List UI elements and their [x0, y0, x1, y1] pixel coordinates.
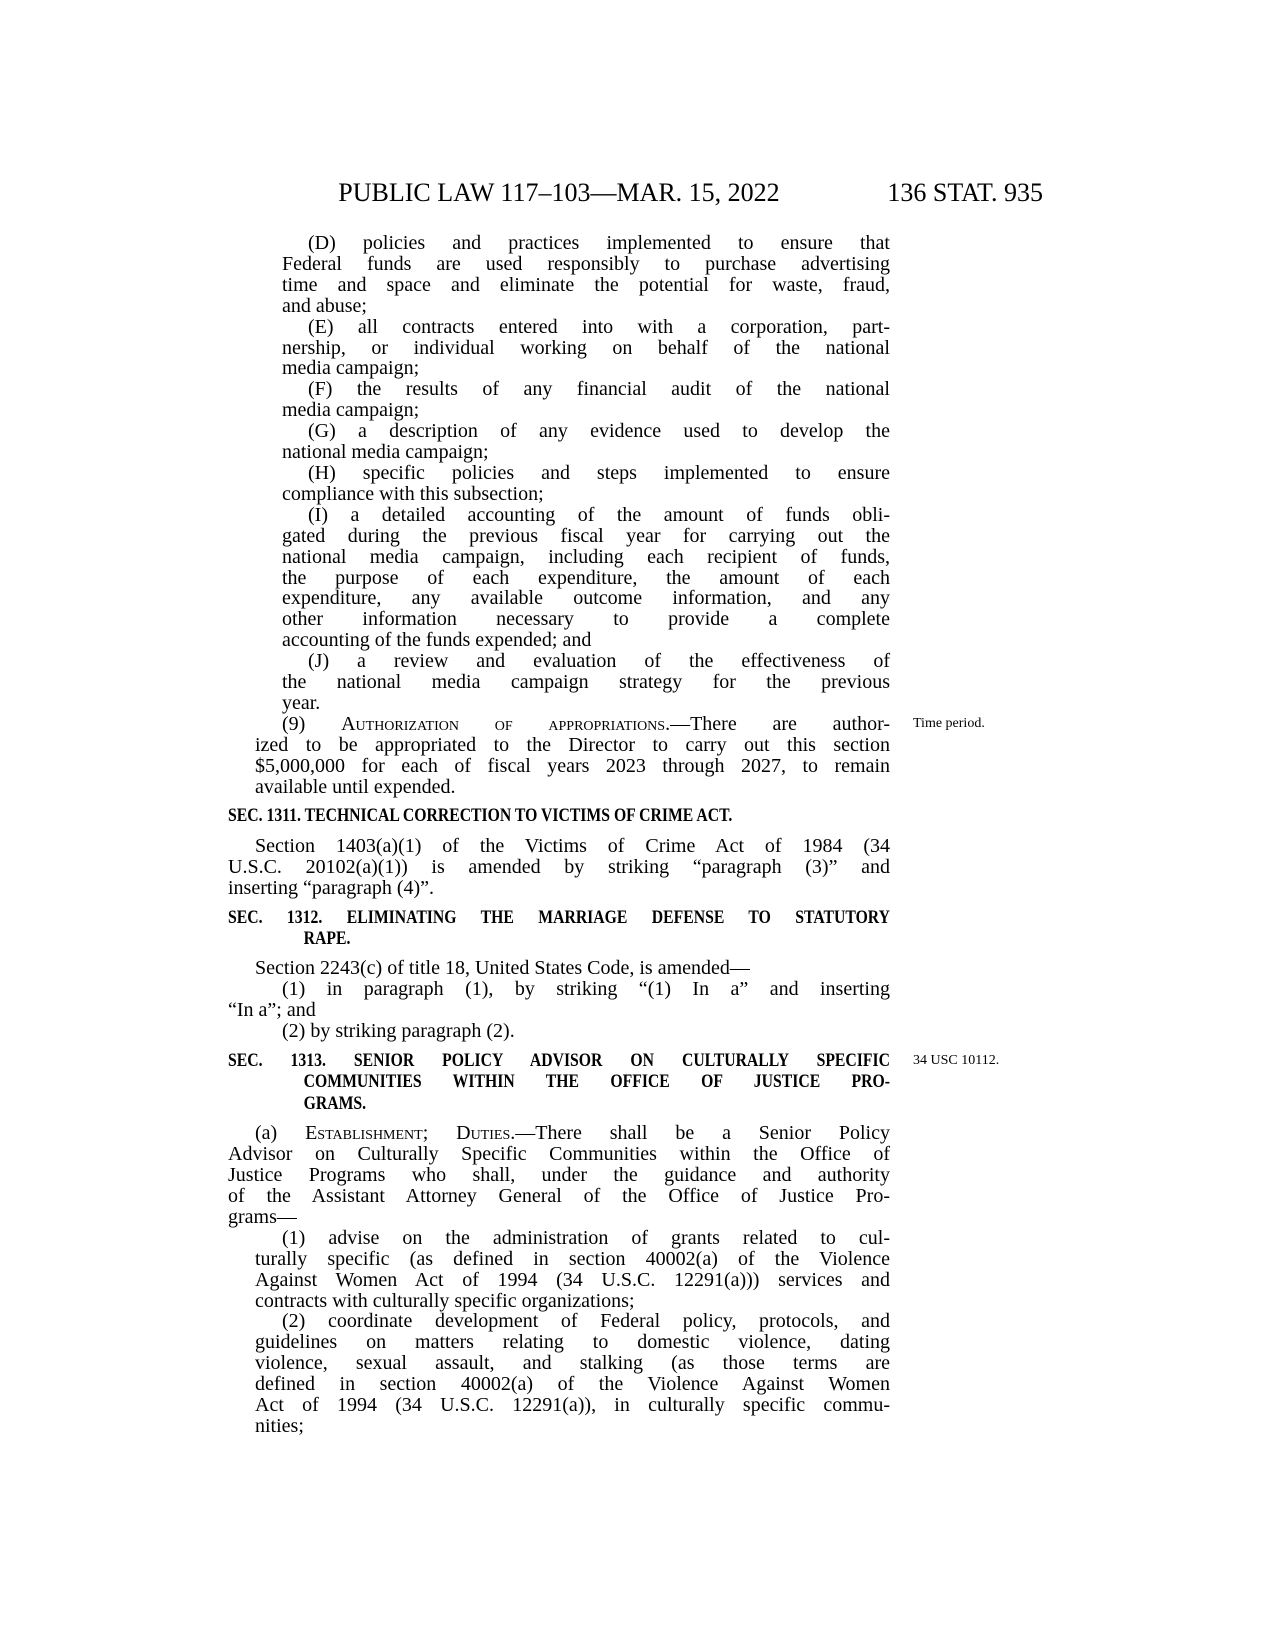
subparagraph-D: (D) policies and practices implemented t…	[282, 233, 890, 317]
text-line: media campaign;	[282, 358, 890, 379]
text-line: expenditure, any available outcome infor…	[282, 588, 890, 609]
text-line: (1) in paragraph (1), by striking “(1) I…	[228, 979, 890, 1000]
text-line: “In a”; and	[228, 1000, 890, 1021]
text-line: Against Women Act of 1994 (34 U.S.C. 122…	[255, 1270, 890, 1291]
subparagraph-J: (J) a review and evaluation of the effec…	[282, 651, 890, 714]
subparagraph-G: (G) a description of any evidence used t…	[282, 421, 890, 463]
sec-1312-paragraph-1: (1) in paragraph (1), by striking “(1) I…	[228, 979, 890, 1021]
stat-page-number: 136 STAT. 935	[887, 178, 1043, 208]
text-line: $5,000,000 for each of fiscal years 2023…	[255, 756, 890, 777]
page-content: PUBLIC LAW 117–103—MAR. 15, 2022 136 STA…	[228, 178, 1043, 1437]
text-line: and abuse;	[282, 296, 890, 317]
text-line: RAPE.	[228, 929, 890, 950]
text-line: grams—	[228, 1207, 890, 1228]
text-line: COMMUNITIES WITHIN THE OFFICE OF JUSTICE…	[228, 1072, 890, 1093]
text-line: (I) a detailed accounting of the amount …	[282, 505, 890, 526]
text-line: Federal funds are used responsibly to pu…	[282, 254, 890, 275]
text-line: contracts with culturally specific organ…	[255, 1291, 890, 1312]
text-line: time and space and eliminate the potenti…	[282, 275, 890, 296]
subparagraph-I: (I) a detailed accounting of the amount …	[282, 505, 890, 651]
text-line: GRAMS.	[228, 1094, 890, 1115]
text-line: U.S.C. 20102(a)(1)) is amended by striki…	[228, 857, 890, 878]
text-line: Section 2243(c) of title 18, United Stat…	[228, 958, 890, 979]
text-line: (1) advise on the administration of gran…	[255, 1228, 890, 1249]
text-line: guidelines on matters relating to domest…	[255, 1332, 890, 1353]
text-line: (F) the results of any financial audit o…	[282, 379, 890, 400]
text-line: ized to be appropriated to the Director …	[255, 735, 890, 756]
subparagraph-H: (H) specific policies and steps implemen…	[282, 463, 890, 505]
margin-note: 34 USC 10112.	[913, 1052, 1063, 1069]
text-line: (D) policies and practices implemented t…	[282, 233, 890, 254]
text-line: turally specific (as defined in section …	[255, 1249, 890, 1270]
text-line: (J) a review and evaluation of the effec…	[282, 651, 890, 672]
document-body: (D) policies and practices implemented t…	[228, 233, 890, 1437]
text-line: the national media campaign strategy for…	[282, 672, 890, 693]
text-line: year.	[282, 693, 890, 714]
sec-1312-heading: SEC. 1312. ELIMINATING THE MARRIAGE DEFE…	[228, 908, 890, 951]
running-head: PUBLIC LAW 117–103—MAR. 15, 2022 136 STA…	[228, 178, 1043, 208]
text-line: national media campaign;	[282, 442, 890, 463]
text-line: Justice Programs who shall, under the gu…	[228, 1165, 890, 1186]
text-line: (a) Establishment; Duties.—There shall b…	[228, 1123, 890, 1144]
text-line: Advisor on Culturally Specific Communiti…	[228, 1144, 890, 1165]
text-line: SEC. 1313. SENIOR POLICY ADVISOR ON CULT…	[228, 1051, 890, 1072]
text-line: defined in section 40002(a) of the Viole…	[255, 1374, 890, 1395]
text-line: (2) by striking paragraph (2).	[228, 1021, 890, 1042]
text-line: national media campaign, including each …	[282, 547, 890, 568]
sec-1313-heading: SEC. 1313. SENIOR POLICY ADVISOR ON CULT…	[228, 1051, 890, 1115]
sec-1312-intro: Section 2243(c) of title 18, United Stat…	[228, 958, 890, 979]
text-line: (9) Authorization of appropriations.—The…	[255, 714, 890, 735]
subparagraph-F: (F) the results of any financial audit o…	[282, 379, 890, 421]
text-line: nership, or individual working on behalf…	[282, 338, 890, 359]
text-line: nities;	[255, 1416, 890, 1437]
text-line: other information necessary to provide a…	[282, 609, 890, 630]
paragraph-9-authorization: (9) Authorization of appropriations.—The…	[255, 714, 890, 798]
sec-1313-paragraph-2: (2) coordinate development of Federal po…	[255, 1311, 890, 1436]
sec-1311-heading: SEC. 1311. TECHNICAL CORRECTION TO VICTI…	[228, 806, 890, 827]
text-line: inserting “paragraph (4)”.	[228, 878, 890, 899]
margin-note: Time period.	[913, 715, 1063, 732]
text-line: compliance with this subsection;	[282, 484, 890, 505]
text-line: the purpose of each expenditure, the amo…	[282, 568, 890, 589]
text-line: Section 1403(a)(1) of the Victims of Cri…	[228, 836, 890, 857]
text-line: violence, sexual assault, and stalking (…	[255, 1353, 890, 1374]
text-line: SEC. 1311. TECHNICAL CORRECTION TO VICTI…	[228, 806, 890, 827]
subparagraph-E: (E) all contracts entered into with a co…	[282, 317, 890, 380]
sec-1313-subsection-a: (a) Establishment; Duties.—There shall b…	[228, 1123, 890, 1228]
text-line: (G) a description of any evidence used t…	[282, 421, 890, 442]
text-line: Act of 1994 (34 U.S.C. 12291(a)), in cul…	[255, 1395, 890, 1416]
text-line: accounting of the funds expended; and	[282, 630, 890, 651]
law-title: PUBLIC LAW 117–103—MAR. 15, 2022	[228, 178, 890, 208]
sec-1313-paragraph-1: (1) advise on the administration of gran…	[255, 1228, 890, 1312]
text-line: SEC. 1312. ELIMINATING THE MARRIAGE DEFE…	[228, 908, 890, 929]
text-line: (H) specific policies and steps implemen…	[282, 463, 890, 484]
sec-1311-text: Section 1403(a)(1) of the Victims of Cri…	[228, 836, 890, 899]
text-line: available until expended.	[255, 777, 890, 798]
text-line: (E) all contracts entered into with a co…	[282, 317, 890, 338]
text-line: media campaign;	[282, 400, 890, 421]
document-page: PUBLIC LAW 117–103—MAR. 15, 2022 136 STA…	[0, 0, 1275, 1650]
text-line: (2) coordinate development of Federal po…	[255, 1311, 890, 1332]
sec-1312-paragraph-2: (2) by striking paragraph (2).	[228, 1021, 890, 1042]
text-line: gated during the previous fiscal year fo…	[282, 526, 890, 547]
text-line: of the Assistant Attorney General of the…	[228, 1186, 890, 1207]
